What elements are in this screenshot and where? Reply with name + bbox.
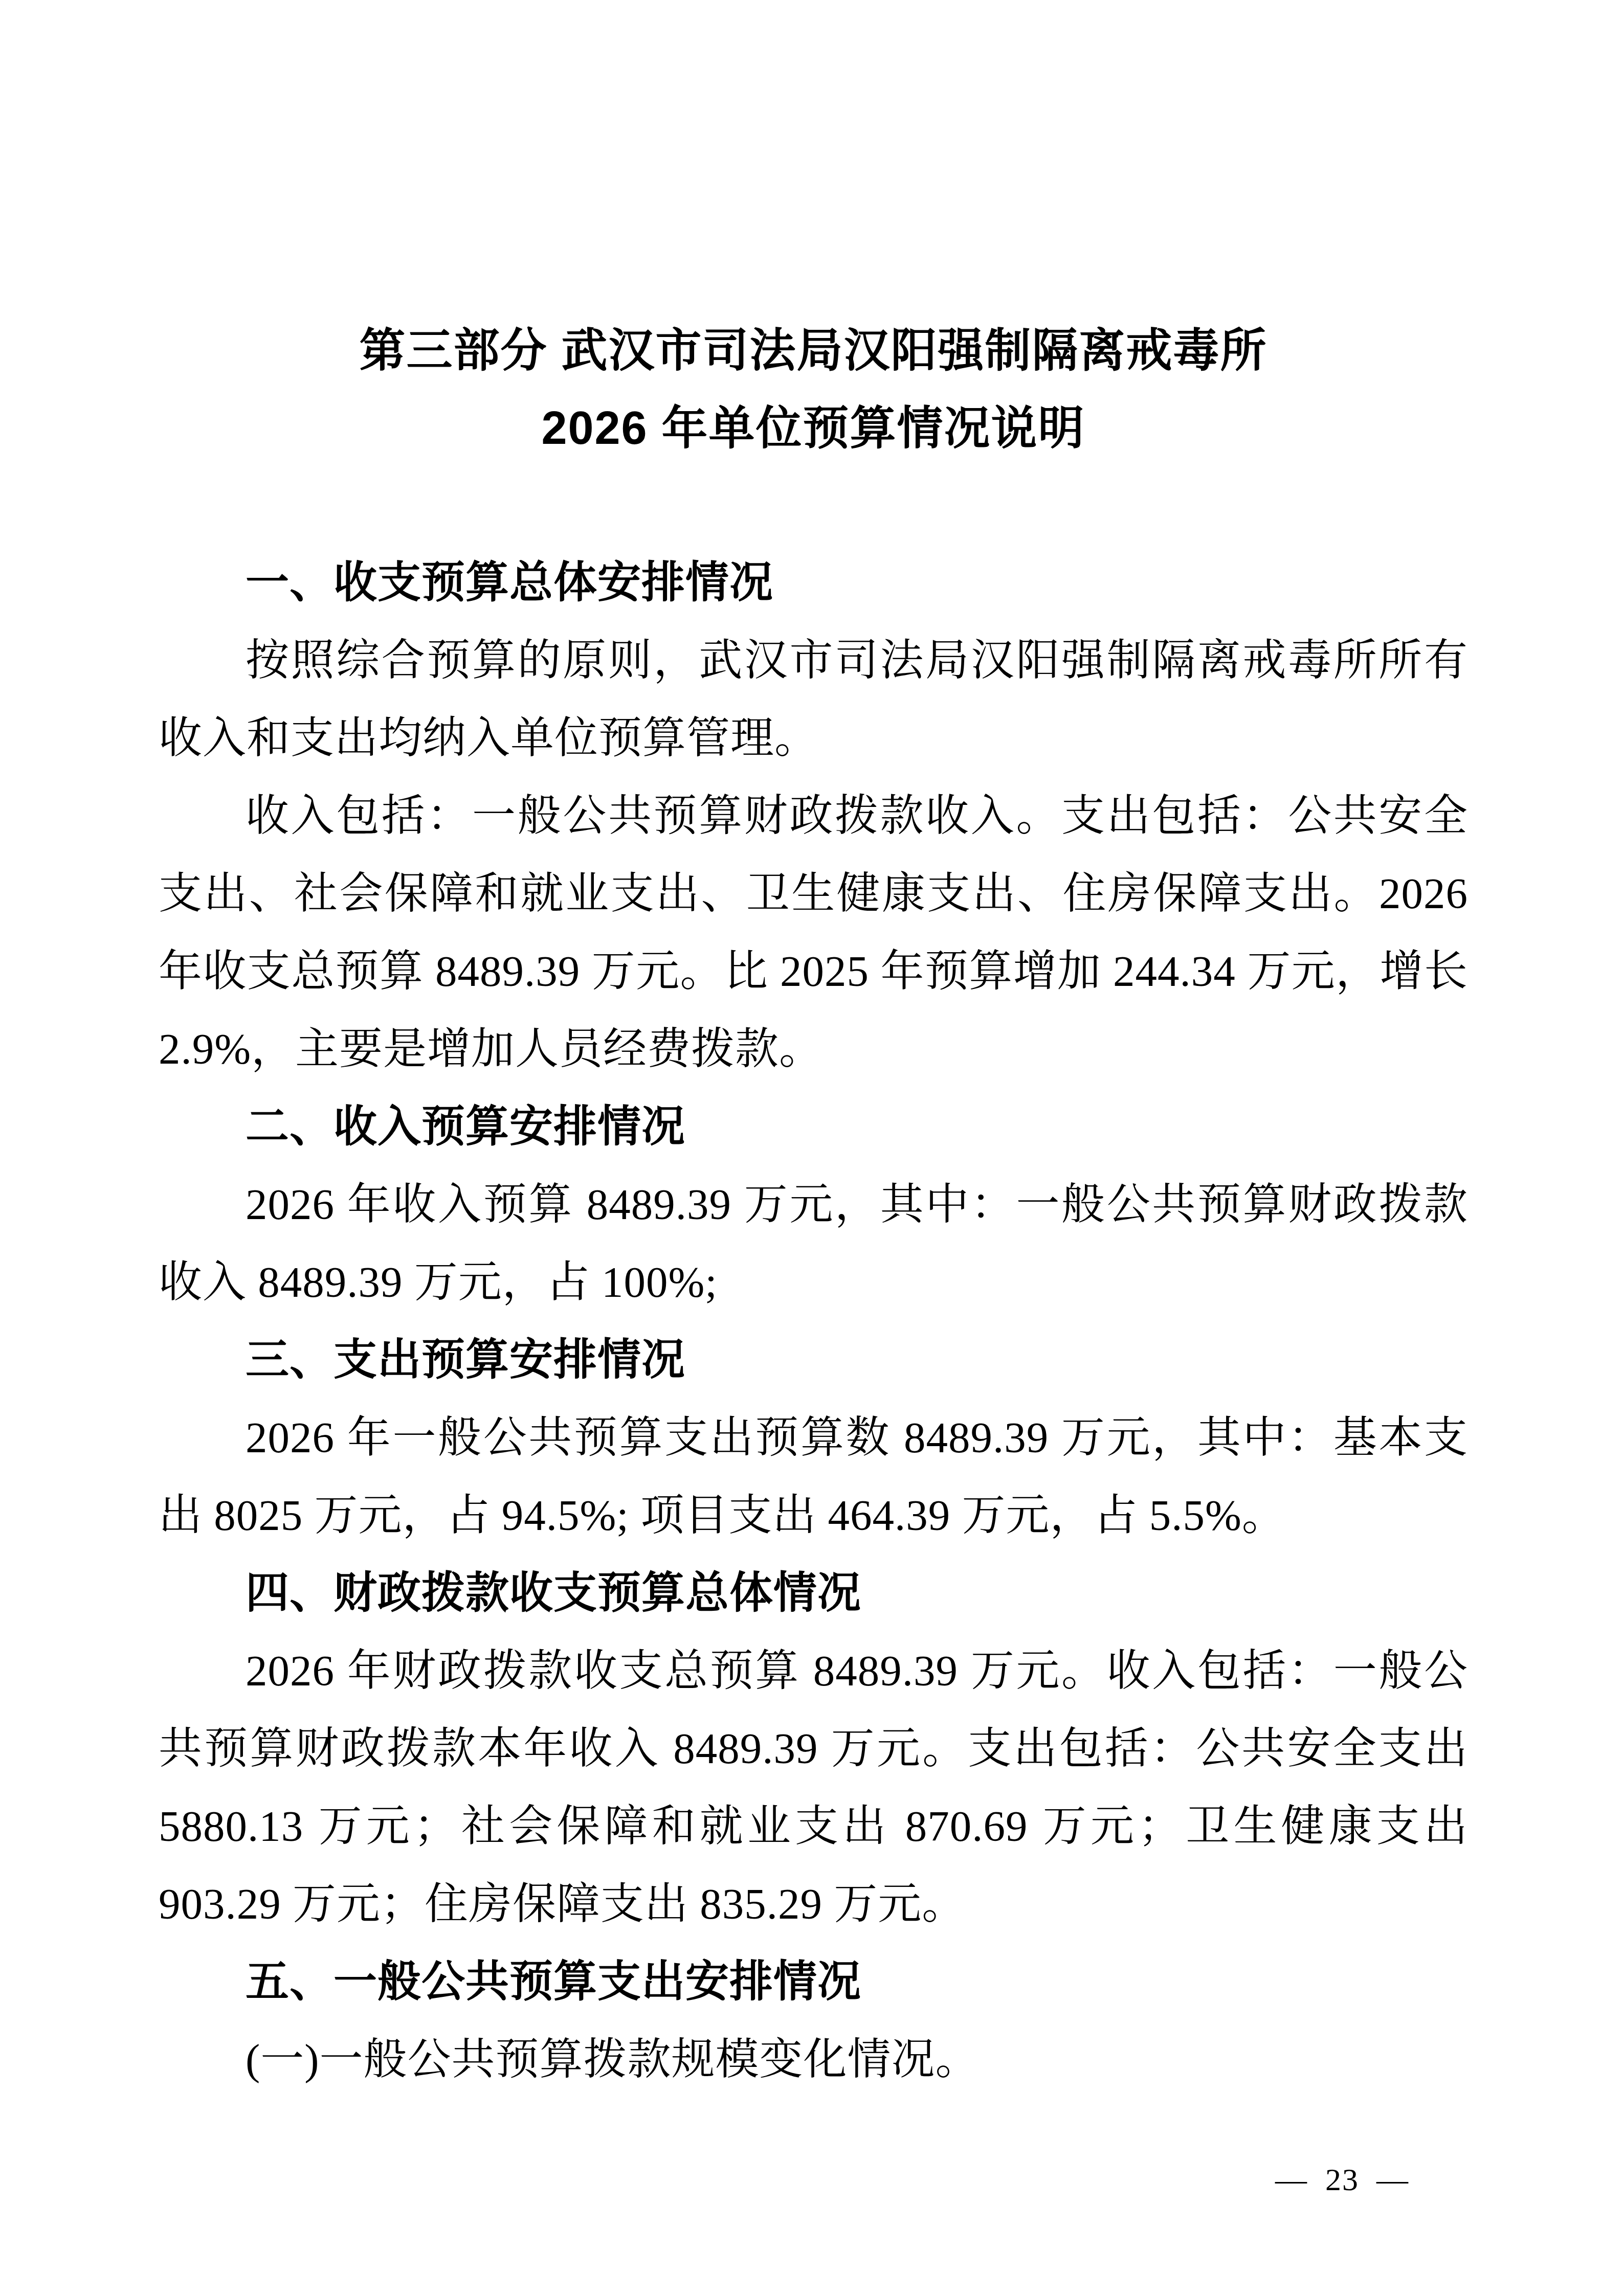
section-3-paragraph-1: 2026 年一般公共预算支出预算数 8489.39 万元，其中：基本支出 802… <box>159 1399 1468 1555</box>
document-title: 第三部分 武汉市司法局汉阳强制隔离戒毒所 2026 年单位预算情况说明 <box>159 312 1468 467</box>
document-body: 一、收支预算总体安排情况 按照综合预算的原则，武汉市司法局汉阳强制隔离戒毒所所有… <box>159 544 1468 2099</box>
page-number: 23 <box>1325 2162 1359 2198</box>
document-title-line1: 第三部分 武汉市司法局汉阳强制隔离戒毒所 <box>159 312 1468 390</box>
footer-left-dash: — <box>1275 2162 1308 2198</box>
footer-right-dash: — <box>1376 2162 1409 2198</box>
section-2-heading: 二、收入预算安排情况 <box>159 1088 1468 1166</box>
document-page: 第三部分 武汉市司法局汉阳强制隔离戒毒所 2026 年单位预算情况说明 一、收支… <box>0 0 1624 2296</box>
section-5-paragraph-1: (一)一般公共预算拨款规模变化情况。 <box>159 2021 1468 2099</box>
section-3-heading: 三、支出预算安排情况 <box>159 1321 1468 1399</box>
section-4-heading: 四、财政拨款收支预算总体情况 <box>159 1555 1468 1632</box>
section-1-paragraph-2: 收入包括：一般公共预算财政拨款收入。支出包括：公共安全支出、社会保障和就业支出、… <box>159 777 1468 1088</box>
section-5-heading: 五、一般公共预算支出安排情况 <box>159 1943 1468 2021</box>
section-1-heading: 一、收支预算总体安排情况 <box>159 544 1468 622</box>
document-title-line2: 2026 年单位预算情况说明 <box>159 390 1468 467</box>
section-2-paragraph-1: 2026 年收入预算 8489.39 万元，其中：一般公共预算财政拨款收入 84… <box>159 1166 1468 1321</box>
section-4-paragraph-1: 2026 年财政拨款收支总预算 8489.39 万元。收入包括：一般公共预算财政… <box>159 1632 1468 1943</box>
section-1-paragraph-1: 按照综合预算的原则，武汉市司法局汉阳强制隔离戒毒所所有收入和支出均纳入单位预算管… <box>159 622 1468 777</box>
page-footer: —23— <box>1275 2162 1409 2198</box>
